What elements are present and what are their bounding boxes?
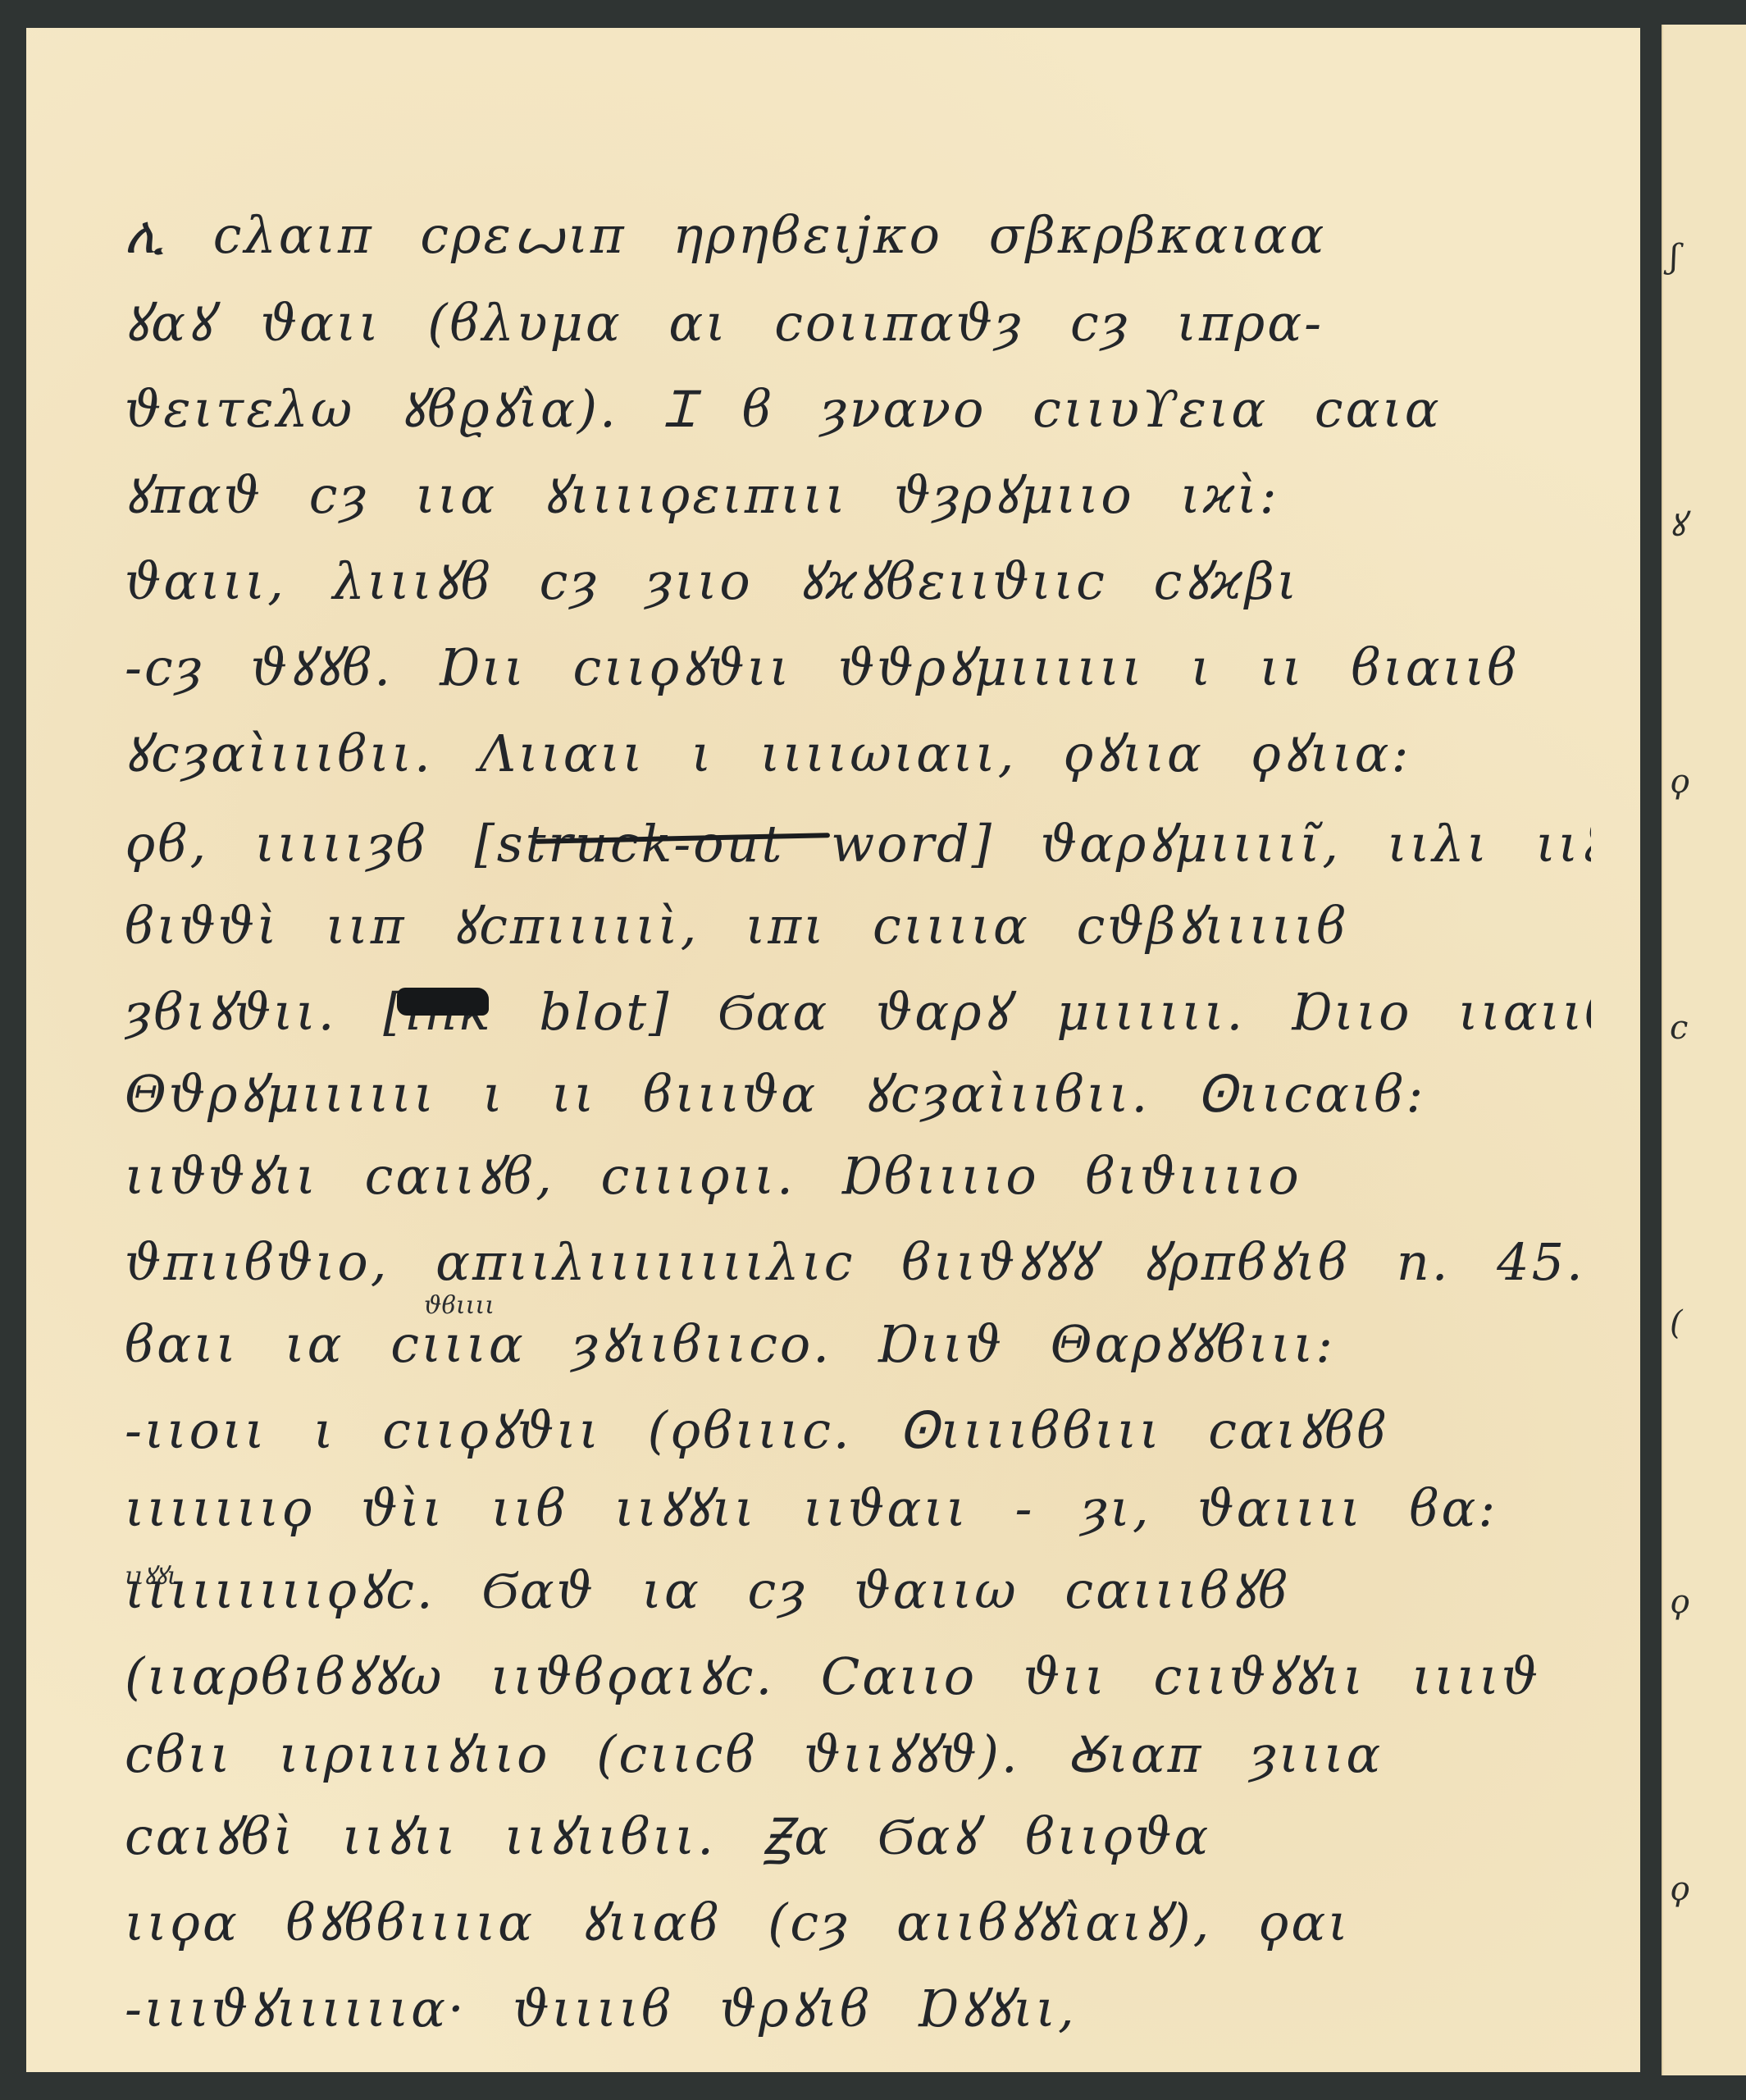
handwritten-line-14: ϐαιι ια ϲιιια ȝꙋιιϐιιϲο. Ɒιιϑ Θαρꙋꙋϐιιι: xyxy=(125,1308,1591,1377)
handwritten-line-12: ιιϑϑꙋιι ϲαιιꙋϐ, ϲιιιϙιι. Ɒϐιιιιο ϐιϑιιιι… xyxy=(125,1140,1591,1209)
ink-blot xyxy=(397,988,489,1016)
handwritten-line-10: ȝϐιꙋϑιι. [ink blot] Ϭαα ϑαρꙋ μιιιιιι. Ɒι… xyxy=(125,976,1591,1045)
facing-page-mark: ϲ xyxy=(1670,1009,1688,1047)
handwritten-line-13: ϑπιιϐϑιο, απιιλιιιιιιιιλιϲ ϐιιϑꙋꙋꙋ ꙋρπϐꙋ… xyxy=(125,1226,1591,1295)
transcription-note: Line texts below are approximate visual … xyxy=(26,28,27,29)
handwritten-line-7: ꙋϲȝαὶιιιϐιι. Ʌιιαιι ι ιιιιωιαιι, ϙꙋιια ϙ… xyxy=(125,718,1591,787)
handwritten-line-5: ϑαιιι, λιιιꙋϐ ϲȝ ȝιιο ꙋϰꙋϐειιϑιιϲ ϲꙋϰβι xyxy=(125,546,1591,614)
handwritten-line-4: ꙋπαϑ ϲȝ ιια ꙋιιιιϙειπιιι ϑȝρꙋμιιο ιϰὶ: xyxy=(125,459,1591,528)
handwritten-line-9: ϐιϑϑὶ ιιπ ꙋϲπιιιιιὶ, ιπι ϲιιιια ϲϑβꙋιιιι… xyxy=(125,890,1591,959)
interlinear-insertion-2: ιιꙋꙋι xyxy=(125,1558,176,1591)
handwritten-line-11: Θϑρꙋμιιιιιι ι ιι ϐιιιϑα ꙋϲȝαὶιιϐιι. Ꙩιιϲ… xyxy=(125,1058,1591,1127)
handwritten-line-16: ιιιιιιιϙ ϑὶι ιιϐ ιιꙋꙋιι ιιϑαιι - ȝι, ϑαι… xyxy=(125,1472,1591,1541)
facing-page-mark: ꙋ xyxy=(1670,500,1685,546)
handwritten-line-3: ϑειτελω ꙋϐϱꙋὶα). Ɪ ϐ ȝνανο ϲιιυϒεια ϲαια xyxy=(125,373,1591,442)
facing-page-mark: ʃ xyxy=(1670,238,1679,276)
handwritten-line-2: ꙋαꙋ ϑαιι (ϐλυμα αι ϲοιιπαϑȝ ϲȝ ιπρα- xyxy=(125,287,1591,356)
handwritten-line-17: ιιιιιιιιιϙꙋϲ. Ϭαϑ ια ϲȝ ϑαιιω ϲαιιιϐꙋϐ xyxy=(125,1554,1591,1623)
handwritten-line-15: -ιιοιι ι ϲιιϙꙋϑιι (ϙϐιιιϲ. Ꙩιιιιϐϐιιι ϲα… xyxy=(125,1395,1591,1463)
handwritten-line-18: (ιιαρϐιϐꙋꙋω ιιϑϐϙαιꙋϲ. Ϲαιιο ϑιι ϲιιϑꙋꙋι… xyxy=(125,1641,1591,1710)
handwritten-line-21: ιιϙα ϐꙋϐϐιιιια ꙋιιαϐ (ϲȝ αιιϐꙋꙋὶαιꙋ), ϙα… xyxy=(125,1887,1591,1956)
facing-page-mark: ϙ xyxy=(1670,763,1689,801)
facing-page-mark: ϙ xyxy=(1670,1870,1689,1908)
facing-page-mark: ( xyxy=(1670,1304,1683,1342)
handwritten-line-6: -ϲȝ ϑꙋꙋϐ. Ɒιι ϲιιϙꙋϑιι ϑϑρꙋμιιιιιι ι ιι … xyxy=(125,632,1591,701)
handwritten-line-22: -ιιιϑꙋιιιιιια· ϑιιιιϐ ϑρꙋιϐ Ɒꙋꙋιι, xyxy=(125,1973,1591,2042)
interlinear-insertion-1: ϑϐιιιι xyxy=(424,1291,495,1320)
handwritten-line-1: ሊ ϲλαιπ ϲρεꙍιπ ηρηϐειϳκο σβκρβκαιαα xyxy=(125,205,1591,266)
handwritten-line-8: ϙϐ, ιιιιιȝϐ [struck-out word] ϑαρꙋμιιιιῖ… xyxy=(125,808,1591,877)
facing-page-mark: ϙ xyxy=(1670,1583,1689,1621)
handwritten-line-20: ϲαιꙋϐὶ ιιꙋιι ιιꙋιιϐιι. Ꙃα Ϭαꙋ ϐιιϙϑα xyxy=(125,1801,1591,1869)
manuscript-page: Line texts below are approximate visual … xyxy=(26,28,1640,2072)
facing-page-edge: ʃ ꙋ ϙ ϲ ( ϙ ϙ xyxy=(1662,25,1746,2075)
handwritten-line-19: ϲϐιι ιιριιιιꙋιιο (ϲιιϲϐ ϑιιꙋꙋϑ). Ꙋιαπ ȝι… xyxy=(125,1719,1591,1787)
